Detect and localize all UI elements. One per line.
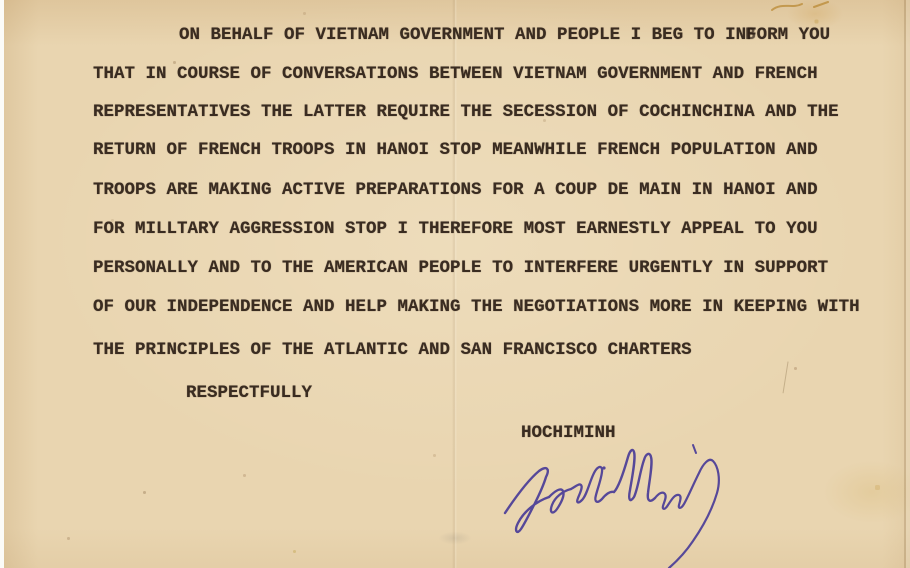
telegram-line: THAT IN COURSE OF CONVERSATIONS BETWEEN … <box>93 66 818 84</box>
telegram-document: ON BEHALF OF VIETNAM GOVERNMENT AND PEOP… <box>4 0 910 568</box>
telegram-line: ON BEHALF OF VIETNAM GOVERNMENT AND PEOP… <box>179 27 830 45</box>
paper-right-edge <box>906 0 910 568</box>
typewriter-overstrike-character: B <box>745 27 756 45</box>
vertical-fold-crease <box>452 0 457 568</box>
telegram-line: RETURN OF FRENCH TROOPS IN HANOI STOP ME… <box>93 142 818 160</box>
closing-respectfully: RESPECTFULLY <box>186 385 312 403</box>
paper-foxing-speckles <box>4 0 5 1</box>
telegram-line: THE PRINCIPLES OF THE ATLANTIC AND SAN F… <box>93 342 692 360</box>
orange-pencil-mark <box>754 0 864 16</box>
telegram-line: REPRESENTATIVES THE LATTER REQUIRE THE S… <box>93 104 839 122</box>
typed-signer-name: HOCHIMINH <box>521 425 616 443</box>
telegram-line: OF OUR INDEPENDENCE AND HELP MAKING THE … <box>93 299 860 317</box>
telegram-line: FOR MILLTARY AGGRESSION STOP I THEREFORE… <box>93 221 818 239</box>
telegram-line: TROOPS ARE MAKING ACTIVE PREPARATIONS FO… <box>93 182 818 200</box>
telegram-line: PERSONALLY AND TO THE AMERICAN PEOPLE TO… <box>93 260 828 278</box>
hochiminh-signature <box>497 443 762 568</box>
pencil-scratch-mark <box>783 361 797 394</box>
